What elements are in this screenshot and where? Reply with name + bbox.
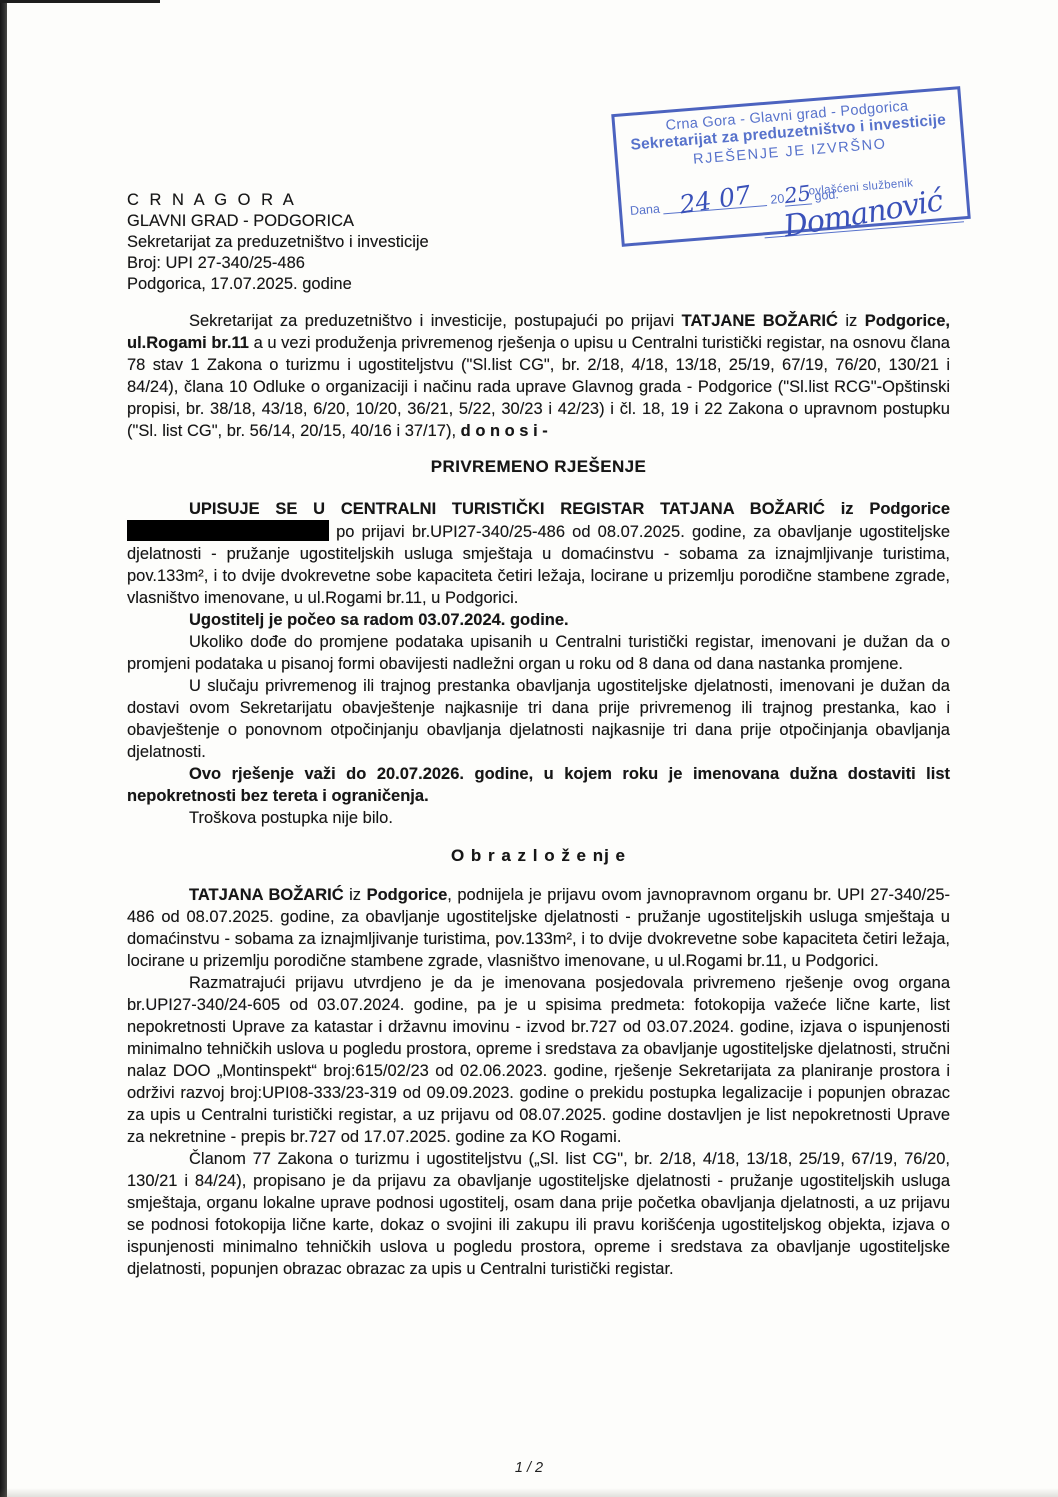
paragraph-operative: UPISUJE SE U CENTRALNI TURISTIČKI REGIST… [127, 498, 950, 609]
letterhead-date: Podgorica, 17.07.2025. godine [127, 274, 950, 295]
decision-title: PRIVREMENO RJEŠENJE [127, 456, 950, 478]
paragraph-start-date: Ugostitelj je počeo sa radom 03.07.2024.… [127, 609, 950, 631]
letterhead-city: GLAVNI GRAD - PODGORICA [127, 211, 950, 232]
letterhead-secretariat: Sekretarijat za preduzetništvo i investi… [127, 232, 950, 253]
document-body: C R N A G O R A GLAVNI GRAD - PODGORICA … [127, 190, 950, 1280]
letterhead-country: C R N A G O R A [127, 190, 950, 211]
scanned-document-page: Crna Gora - Glavni grad - Podgorica Sekr… [0, 0, 1058, 1497]
paragraph-cessation: U slučaju privremenog ili trajnog presta… [127, 675, 950, 763]
letterhead-case-number: Broj: UPI 27-340/25-486 [127, 253, 950, 274]
paragraph-costs: Troškova postupka nije bilo. [127, 807, 950, 829]
paragraph-data-change: Ukoliko dođe do promjene podataka upisan… [127, 631, 950, 675]
paragraph-rationale-evidence: Razmatrajući prijavu utvrdjeno je da je … [127, 972, 950, 1148]
scan-bottom-shade [0, 1488, 1058, 1497]
page-number: 1 / 2 [0, 1460, 1058, 1476]
rationale-heading: O b r a z l o ž e nj e [127, 845, 950, 867]
scan-edge-top [0, 0, 160, 3]
paragraph-intro: Sekretarijat za preduzetništvo i investi… [127, 310, 950, 442]
scan-edge-left [0, 0, 7, 1497]
letterhead: C R N A G O R A GLAVNI GRAD - PODGORICA … [127, 190, 950, 295]
paragraph-validity: Ovo rješenje važi do 20.07.2026. godine,… [127, 763, 950, 807]
paragraph-rationale-party: TATJANA BOŽARIĆ iz Podgorice, podnijela … [127, 884, 950, 972]
paragraph-rationale-article77: Članom 77 Zakona o turizmu i ugostiteljs… [127, 1148, 950, 1280]
redaction-bar [127, 520, 329, 541]
